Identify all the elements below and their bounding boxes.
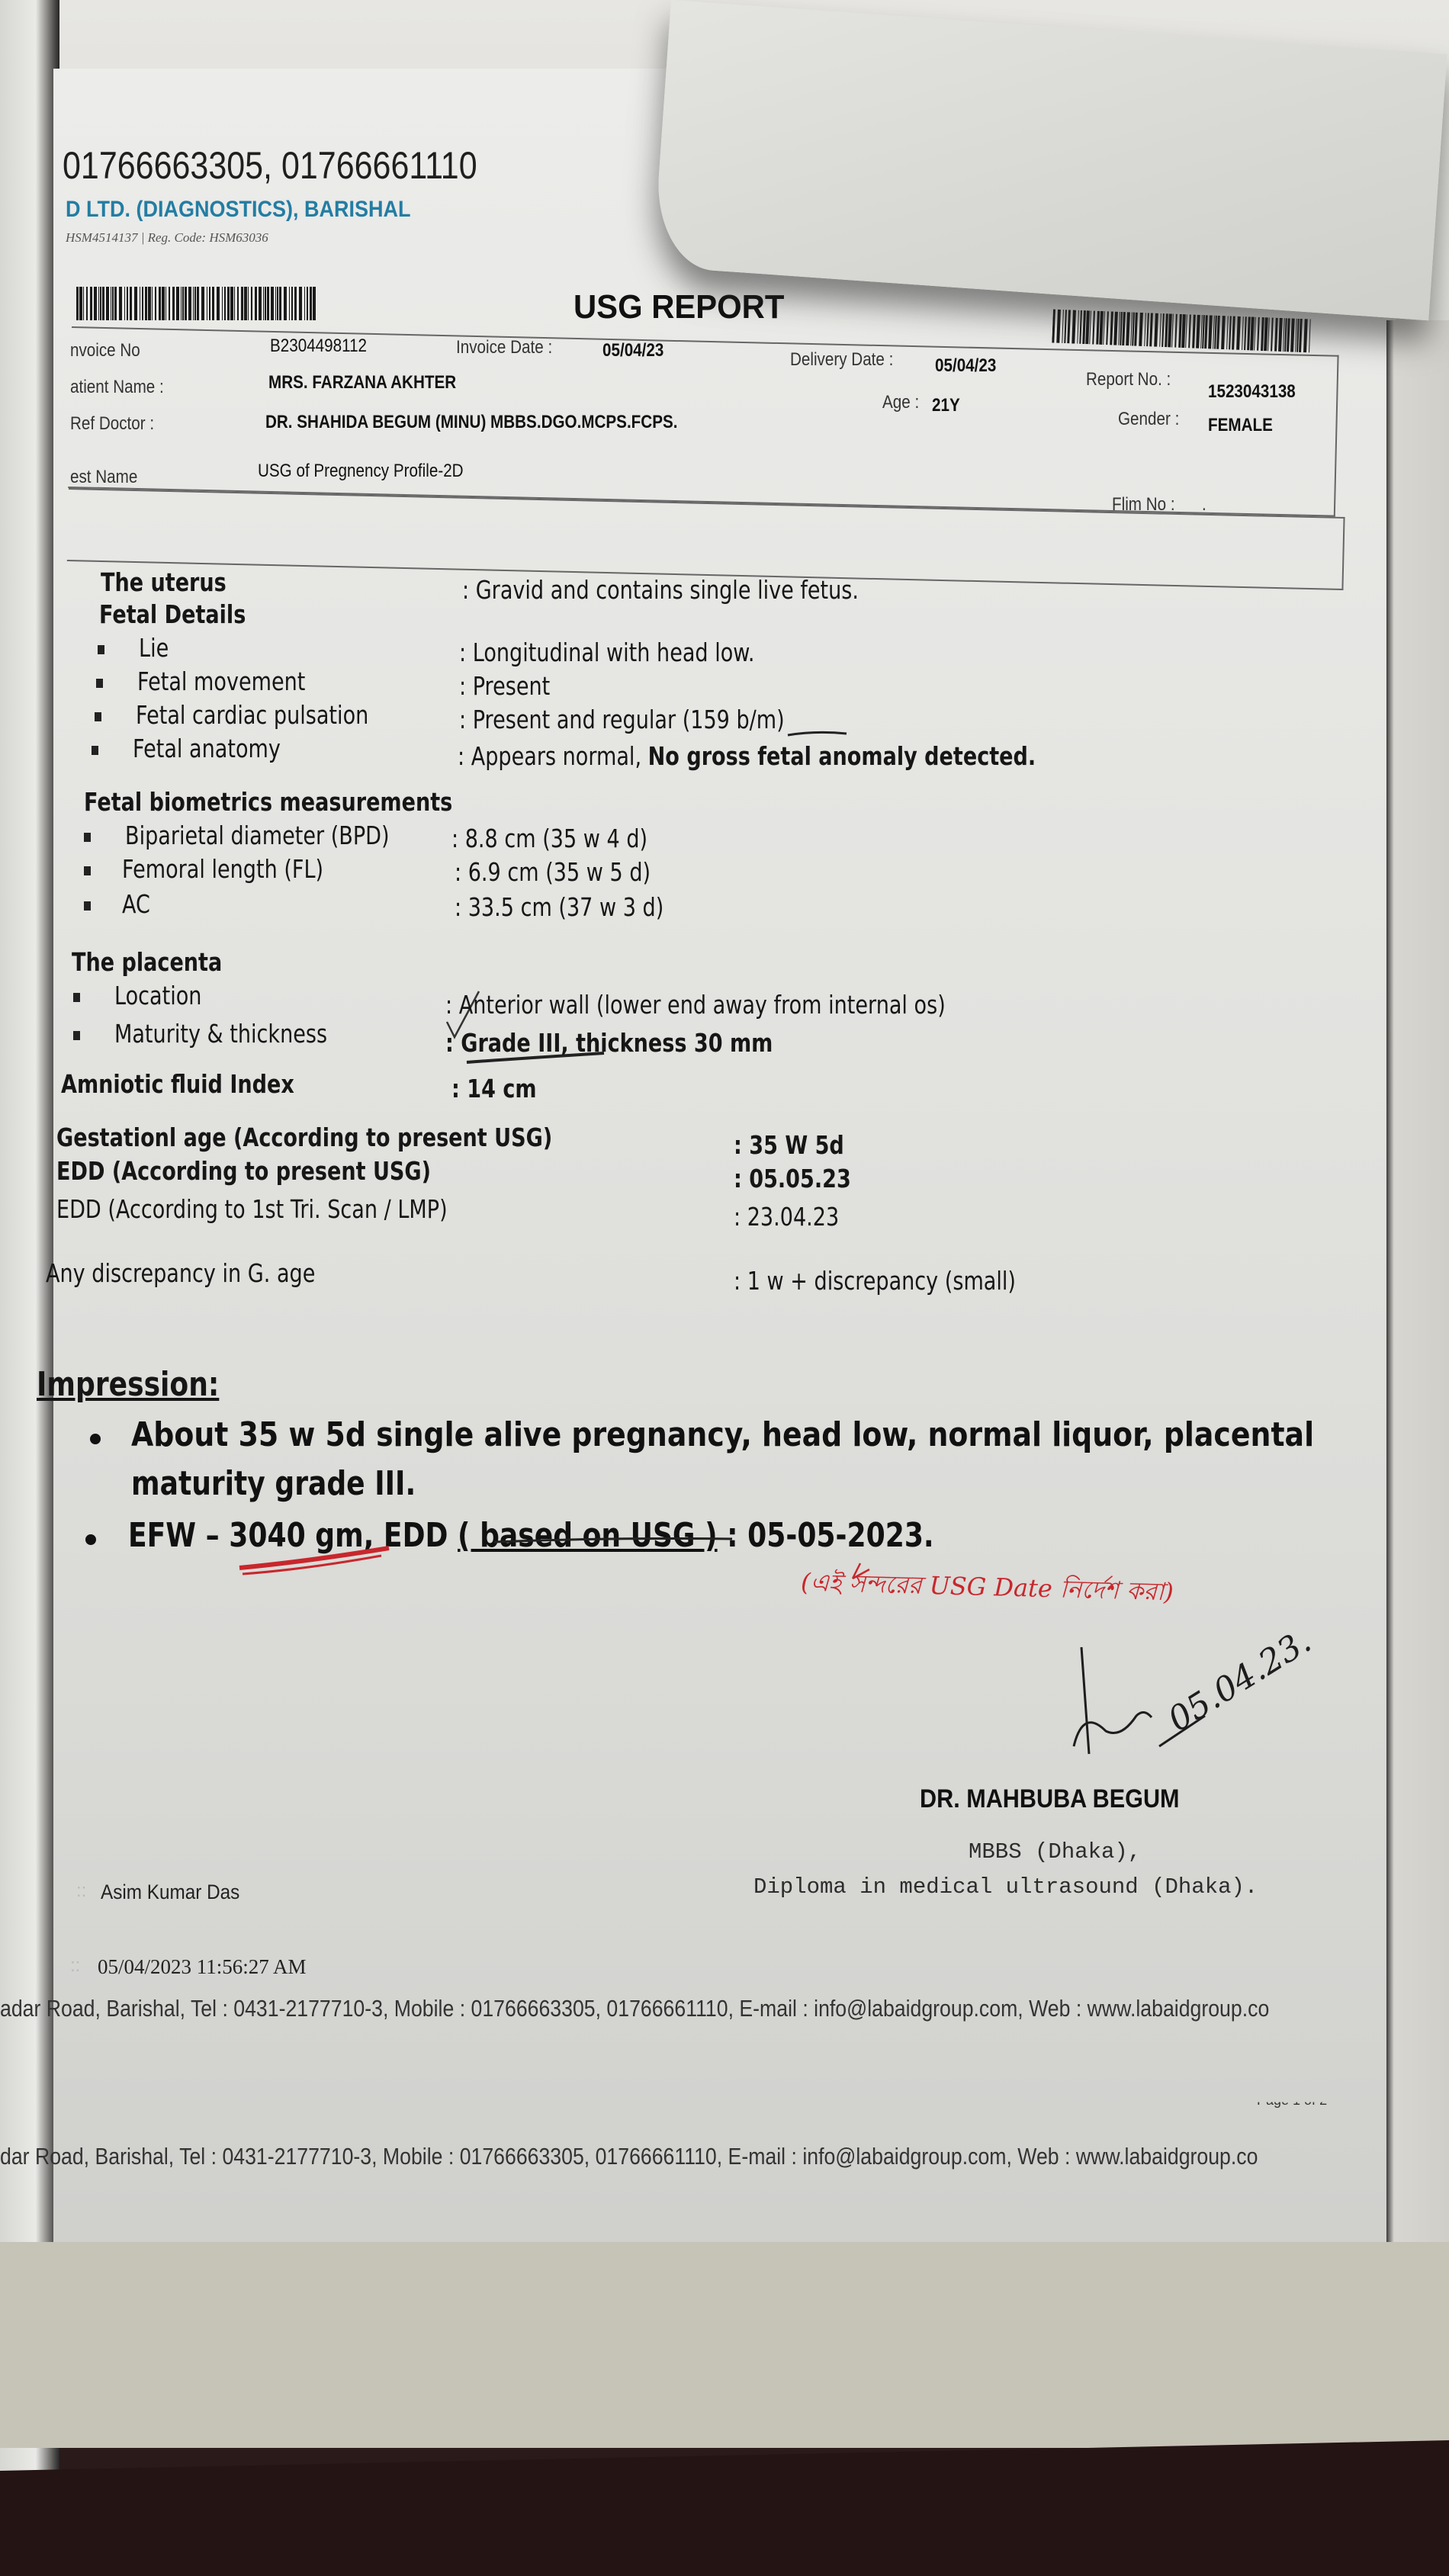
- gestation-label: Gestationl age (According to present USG…: [56, 1123, 552, 1152]
- film-no-label: Flim No :: [1112, 494, 1175, 516]
- invoice-no-label: nvoice No: [70, 340, 140, 361]
- biometrics-heading: Fetal biometrics measurements: [84, 787, 452, 817]
- fetal-detail-label: Fetal movement: [137, 666, 305, 696]
- ref-doctor: DR. SHAHIDA BEGUM (MINU) MBBS.DGO.MCPS.F…: [265, 412, 677, 433]
- fetal-details-heading: Fetal Details: [99, 599, 246, 629]
- age: 21Y: [932, 395, 960, 416]
- uterus-label: The uterus: [101, 567, 227, 597]
- gestation-label: EDD (According to 1st Tri. Scan / LMP): [56, 1194, 448, 1224]
- biometric-label: Biparietal diameter (BPD): [125, 821, 390, 850]
- ref-doctor-label: Ref Doctor :: [70, 413, 154, 435]
- fetal-detail-label: Fetal anatomy: [133, 734, 281, 763]
- gender-label: Gender :: [1118, 409, 1179, 430]
- impression-title: Impression:: [37, 1365, 219, 1404]
- invoice-no: B2304498112: [270, 336, 367, 357]
- invoice-date: 05/04/23: [602, 340, 663, 361]
- barcode-right-icon: [1052, 309, 1312, 352]
- print-timestamp: 05/04/2023 11:56:27 AM: [98, 1955, 307, 1979]
- gestation-label: EDD (According to present USG): [56, 1156, 431, 1186]
- patient-name-label: atient Name :: [70, 377, 164, 398]
- age-label: Age :: [882, 392, 919, 413]
- test-name-label: est Name: [70, 467, 137, 488]
- gender: FEMALE: [1208, 415, 1273, 436]
- signatory-degree-1: MBBS (Dhaka),: [969, 1839, 1141, 1865]
- bullet-dot: [85, 1534, 96, 1545]
- placenta-value: : Anterior wall (lower end away from int…: [445, 990, 946, 1020]
- bullet-square-icon: [73, 1031, 80, 1040]
- fetal-detail-value: : Present: [459, 671, 550, 701]
- barcode-left-icon: [76, 287, 316, 320]
- placenta-label: Maturity & thickness: [114, 1019, 327, 1049]
- footer-address-1: adar Road, Barishal, Tel : 0431-2177710-…: [0, 1995, 1269, 2022]
- delivery-date-label: Delivery Date :: [790, 349, 893, 371]
- placenta-label: Location: [114, 981, 201, 1010]
- signatory-name: DR. MAHBUBA BEGUM: [920, 1784, 1180, 1814]
- bullet-square-icon: [95, 712, 101, 721]
- bullet-square-icon: [84, 833, 91, 842]
- edd-basis: ( based on USG ): [458, 1516, 718, 1555]
- delivery-date: 05/04/23: [935, 355, 996, 377]
- letterhead-organization: D LTD. (DIAGNOSTICS), BARISHAL: [66, 197, 410, 223]
- discrepancy-label: Any discrepancy in G. age: [46, 1258, 315, 1288]
- letterhead-registration: HSM4514137 | Reg. Code: HSM63036: [66, 230, 268, 246]
- impression-line-2: EFW – 3040 gm, EDD ( based on USG ) : 05…: [128, 1516, 934, 1555]
- signature-date: 05.04.23.: [1161, 1621, 1318, 1739]
- report-no-label: Report No. :: [1086, 369, 1171, 390]
- bullet-square-icon: [84, 901, 91, 911]
- test-name: USG of Pregnency Profile-2D: [258, 461, 464, 482]
- bullet-square-icon: [98, 645, 104, 654]
- impression-line-1b: maturity grade III.: [131, 1464, 416, 1503]
- fetal-detail-value: : Appears normal, No gross fetal anomaly…: [458, 741, 1036, 771]
- impression-line-1a: About 35 w 5d single alive pregnancy, he…: [131, 1415, 1314, 1454]
- letterhead-phones: 01766663305, 01766661110: [63, 143, 477, 188]
- invoice-date-label: Invoice Date :: [456, 337, 552, 358]
- biometric-value: : 8.8 cm (35 w 4 d): [451, 824, 647, 853]
- patient-name: MRS. FARZANA AKHTER: [268, 372, 456, 393]
- biometric-label: Femoral length (FL): [122, 854, 323, 884]
- fetal-detail-value: : Longitudinal with head low.: [459, 638, 755, 667]
- uterus-value: : Gravid and contains single live fetus.: [462, 575, 859, 605]
- folded-paper-flap: [653, 0, 1447, 320]
- bullet-square-icon: [84, 866, 91, 875]
- report-title: USG REPORT: [573, 288, 784, 326]
- fetal-detail-label: Lie: [139, 633, 169, 663]
- gestation-value: : 35 W 5d: [734, 1130, 844, 1160]
- page-indicator: Page 1 of 2: [1257, 2093, 1327, 2109]
- bullet-square-icon: [92, 746, 98, 755]
- fetal-detail-value: : Present and regular (159 b/m): [459, 705, 785, 734]
- bullet-dot: [90, 1434, 101, 1444]
- efw-value: 3040 gm,: [229, 1516, 374, 1555]
- bullet-square-icon: [73, 993, 80, 1002]
- bullet-square-icon: [96, 679, 103, 688]
- biometric-value: : 33.5 cm (37 w 3 d): [455, 892, 663, 922]
- signatory-degree-2: Diploma in medical ultrasound (Dhaka).: [753, 1874, 1258, 1900]
- field-separator: ::: [70, 1955, 80, 1977]
- biometric-value: : 6.9 cm (35 w 5 d): [455, 857, 651, 887]
- fetal-detail-label: Fetal cardiac pulsation: [136, 700, 368, 730]
- handwritten-note: (এই সন্দরের USG Date নির্দেশ করা): [800, 1563, 1174, 1614]
- field-separator: ::: [76, 1881, 86, 1902]
- footer-address-2: dar Road, Barishal, Tel : 0431-2177710-3…: [0, 2143, 1258, 2170]
- gestation-value: : 23.04.23: [734, 1202, 839, 1232]
- film-no: .: [1202, 494, 1206, 516]
- afi-label: Amniotic fluid Index: [61, 1069, 294, 1099]
- biometric-label: AC: [122, 889, 150, 919]
- discrepancy-value: : 1 w + discrepancy (small): [734, 1266, 1016, 1296]
- gestation-value: : 05.05.23: [734, 1164, 851, 1193]
- report-no: 1523043138: [1208, 381, 1296, 403]
- placenta-value: : Grade III, thickness 30 mm: [445, 1028, 773, 1058]
- edd-date: : 05-05-2023.: [718, 1516, 934, 1555]
- prepared-by: Asim Kumar Das: [101, 1881, 239, 1904]
- placenta-heading: The placenta: [72, 947, 222, 977]
- afi-value: : 14 cm: [451, 1074, 537, 1103]
